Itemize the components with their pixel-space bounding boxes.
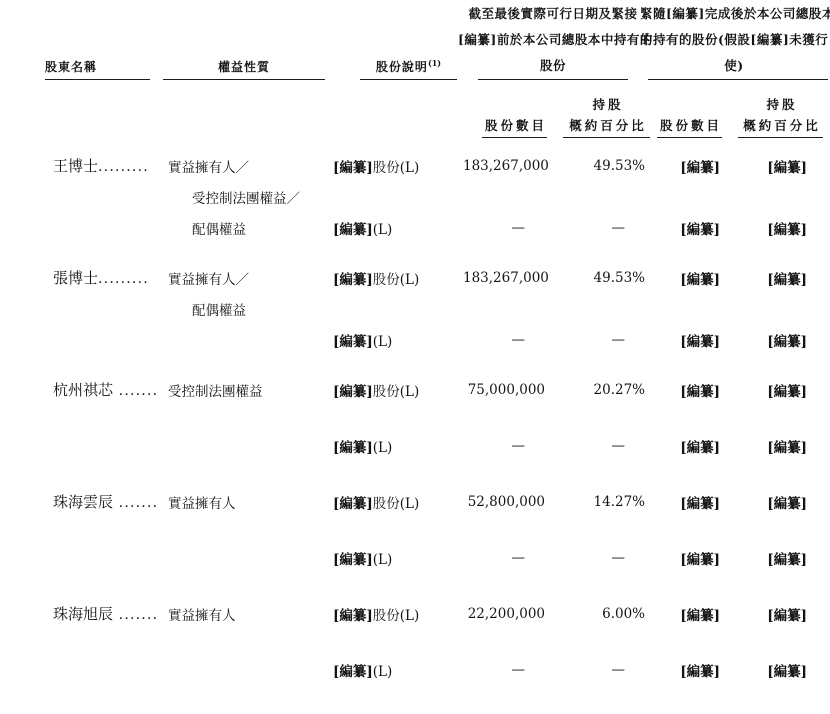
subheader-number-of-shares-after: 股份數目: [657, 114, 722, 138]
dot-leader: .......: [113, 607, 158, 623]
share-description-cell: [編纂]股份(L): [333, 492, 463, 512]
group-header-line: 使): [640, 53, 828, 79]
group-header-line: [編纂]前於本公司總股本中持有的: [458, 27, 648, 53]
pct-before-cell: 20.27%: [545, 382, 645, 398]
group-header-line: 股份: [458, 53, 648, 79]
share-description-cell: [編纂]股份(L): [333, 268, 463, 288]
pct-before-cell: 49.53%: [545, 158, 645, 174]
shareholder-row-block: 杭州祺芯 ....... 受控制法團權益 [編纂]股份(L) 75,000,00…: [47, 374, 830, 461]
share-description-cell: [編纂](L): [333, 436, 463, 456]
subheader-number-of-shares-before: 股份數目: [482, 114, 547, 138]
column-header-label: 股份說明(1): [376, 58, 441, 75]
group-underline-before: [478, 79, 628, 80]
table-row-line: 珠海雲辰 ....... 實益擁有人 [編纂]股份(L) 52,800,000 …: [47, 486, 830, 517]
shareholder-name-cell: 王博士.........: [47, 155, 168, 176]
dot-leader: .........: [98, 271, 149, 287]
nature-of-interest-cell: 配偶權益: [168, 218, 333, 238]
subheader-holding-after: 持股: [738, 95, 823, 113]
share-description-cell: [編纂]股份(L): [333, 380, 463, 400]
share-description-cell: [編纂]股份(L): [333, 604, 463, 624]
shareholders-table-body: 王博士......... 實益擁有人／ [編纂]股份(L) 183,267,00…: [0, 150, 830, 710]
pct-after-cell: [編纂]: [720, 218, 807, 238]
nature-of-interest-cell: 實益擁有人: [168, 492, 333, 512]
shares-after-cell: [編纂]: [645, 156, 720, 176]
shares-before-cell: 52,800,000: [463, 494, 545, 510]
pct-before-cell: 14.27%: [545, 494, 645, 510]
shares-after-cell: [編纂]: [645, 492, 720, 512]
group-header-line: 中持有的股份(假設[編纂]未獲行: [640, 27, 828, 53]
column-header-shareholder-name: 股東名稱: [45, 44, 150, 80]
pct-after-cell: [編纂]: [720, 604, 807, 624]
shares-before-cell: —: [463, 550, 545, 566]
subheader-approx-percentage-before: 概約百分比: [563, 114, 650, 138]
shareholder-name-cell: 珠海旭辰 .......: [47, 603, 168, 624]
share-description-cell: [編纂]股份(L): [333, 156, 463, 176]
subheader-approx-percentage-after: 概約百分比: [738, 114, 823, 138]
shares-after-cell: [編纂]: [645, 268, 720, 288]
shareholder-row-block: 珠海雲辰 ....... 實益擁有人 [編纂]股份(L) 52,800,000 …: [47, 486, 830, 573]
table-row-line: 配偶權益 [編纂](L) — — [編纂] [編纂]: [47, 212, 830, 243]
shareholder-name: 珠海雲辰: [53, 493, 113, 511]
column-header-share-description: 股份說明(1): [360, 44, 457, 80]
shareholder-name: 張博士: [53, 269, 98, 287]
table-row-line: 杭州祺芯 ....... 受控制法團權益 [編纂]股份(L) 75,000,00…: [47, 374, 830, 405]
shareholder-row-block: 王博士......... 實益擁有人／ [編纂]股份(L) 183,267,00…: [47, 150, 830, 243]
shares-before-cell: —: [463, 662, 545, 678]
share-description-cell: [編纂](L): [333, 660, 463, 680]
shares-after-cell: [編纂]: [645, 436, 720, 456]
shares-after-cell: [編纂]: [645, 548, 720, 568]
shares-before-cell: 183,267,000: [463, 158, 545, 174]
shareholder-name: 王博士: [53, 157, 98, 175]
pct-after-cell: [編纂]: [720, 436, 807, 456]
nature-of-interest-cell: 受控制法團權益／: [168, 187, 333, 207]
shareholder-name-cell: 張博士.........: [47, 267, 168, 288]
nature-of-interest-cell: 配偶權益: [168, 299, 333, 319]
shares-before-cell: —: [463, 332, 545, 348]
pct-after-cell: [編纂]: [720, 380, 807, 400]
pct-before-cell: —: [545, 438, 645, 454]
table-row-line: [編纂](L) — — [編纂] [編纂]: [47, 654, 830, 685]
shares-before-cell: —: [463, 220, 545, 236]
shares-after-cell: [編纂]: [645, 660, 720, 680]
table-row-line: [編纂](L) — — [編纂] [編纂]: [47, 430, 830, 461]
column-header-nature-of-interest: 權益性質: [163, 44, 325, 80]
pct-after-cell: [編纂]: [720, 660, 807, 680]
group-header-before-offering: 截至最後實際可行日期及緊接 [編纂]前於本公司總股本中持有的 股份: [458, 1, 648, 79]
pct-before-cell: 6.00%: [545, 606, 645, 622]
subheader-holding-before: 持股: [563, 95, 650, 113]
pct-before-cell: —: [545, 332, 645, 348]
shares-before-cell: 75,000,000: [463, 382, 545, 398]
dot-leader: .........: [98, 159, 149, 175]
pct-after-cell: [編纂]: [720, 156, 807, 176]
table-row-line: [編纂](L) — — [編纂] [編纂]: [47, 324, 830, 355]
table-row-line: [編纂](L) — — [編纂] [編纂]: [47, 542, 830, 573]
pct-before-cell: —: [545, 662, 645, 678]
shareholder-row-block: 張博士......... 實益擁有人／ [編纂]股份(L) 183,267,00…: [47, 262, 830, 355]
pct-before-cell: —: [545, 220, 645, 236]
pct-after-cell: [編纂]: [720, 330, 807, 350]
dot-leader: .......: [113, 383, 158, 399]
column-header-label: 股東名稱: [45, 58, 97, 75]
table-row-line: 張博士......... 實益擁有人／ [編纂]股份(L) 183,267,00…: [47, 262, 830, 293]
pct-after-cell: [編纂]: [720, 492, 807, 512]
table-row-line: 珠海旭辰 ....... 實益擁有人 [編纂]股份(L) 22,200,000 …: [47, 598, 830, 629]
pct-after-cell: [編纂]: [720, 268, 807, 288]
share-description-cell: [編纂](L): [333, 218, 463, 238]
column-header-label: 權益性質: [218, 58, 270, 75]
shares-after-cell: [編纂]: [645, 380, 720, 400]
pct-after-cell: [編纂]: [720, 548, 807, 568]
share-description-cell: [編纂](L): [333, 330, 463, 350]
table-row-line: 王博士......... 實益擁有人／ [編纂]股份(L) 183,267,00…: [47, 150, 830, 181]
shares-after-cell: [編纂]: [645, 604, 720, 624]
group-header-line: 緊隨[編纂]完成後於本公司總股本: [640, 1, 828, 27]
shares-after-cell: [編纂]: [645, 330, 720, 350]
shares-before-cell: 22,200,000: [463, 606, 545, 622]
pct-before-cell: —: [545, 550, 645, 566]
nature-of-interest-cell: 受控制法團權益: [168, 380, 333, 400]
shareholder-name: 珠海旭辰: [53, 605, 113, 623]
footnote-marker: (1): [428, 58, 441, 68]
shareholder-name-cell: 杭州祺芯 .......: [47, 379, 168, 400]
nature-of-interest-cell: 實益擁有人／: [168, 156, 333, 176]
shareholder-name-cell: 珠海雲辰 .......: [47, 491, 168, 512]
pct-before-cell: 49.53%: [545, 270, 645, 286]
shareholder-name: 杭州祺芯: [53, 381, 113, 399]
group-underline-after: [648, 79, 828, 80]
shareholder-row-block: 珠海旭辰 ....... 實益擁有人 [編纂]股份(L) 22,200,000 …: [47, 598, 830, 685]
dot-leader: .......: [113, 495, 158, 511]
share-description-cell: [編纂](L): [333, 548, 463, 568]
shares-after-cell: [編纂]: [645, 218, 720, 238]
table-row-line: 配偶權益: [47, 293, 830, 324]
nature-of-interest-cell: 實益擁有人: [168, 604, 333, 624]
shares-before-cell: —: [463, 438, 545, 454]
group-header-after-offering: 緊隨[編纂]完成後於本公司總股本 中持有的股份(假設[編纂]未獲行 使): [640, 1, 828, 79]
shares-before-cell: 183,267,000: [463, 270, 545, 286]
group-header-line: 截至最後實際可行日期及緊接: [458, 1, 648, 27]
table-row-line: 受控制法團權益／: [47, 181, 830, 212]
prospectus-shareholding-page: 截至最後實際可行日期及緊接 [編纂]前於本公司總股本中持有的 股份 緊隨[編纂]…: [0, 0, 830, 714]
nature-of-interest-cell: 實益擁有人／: [168, 268, 333, 288]
